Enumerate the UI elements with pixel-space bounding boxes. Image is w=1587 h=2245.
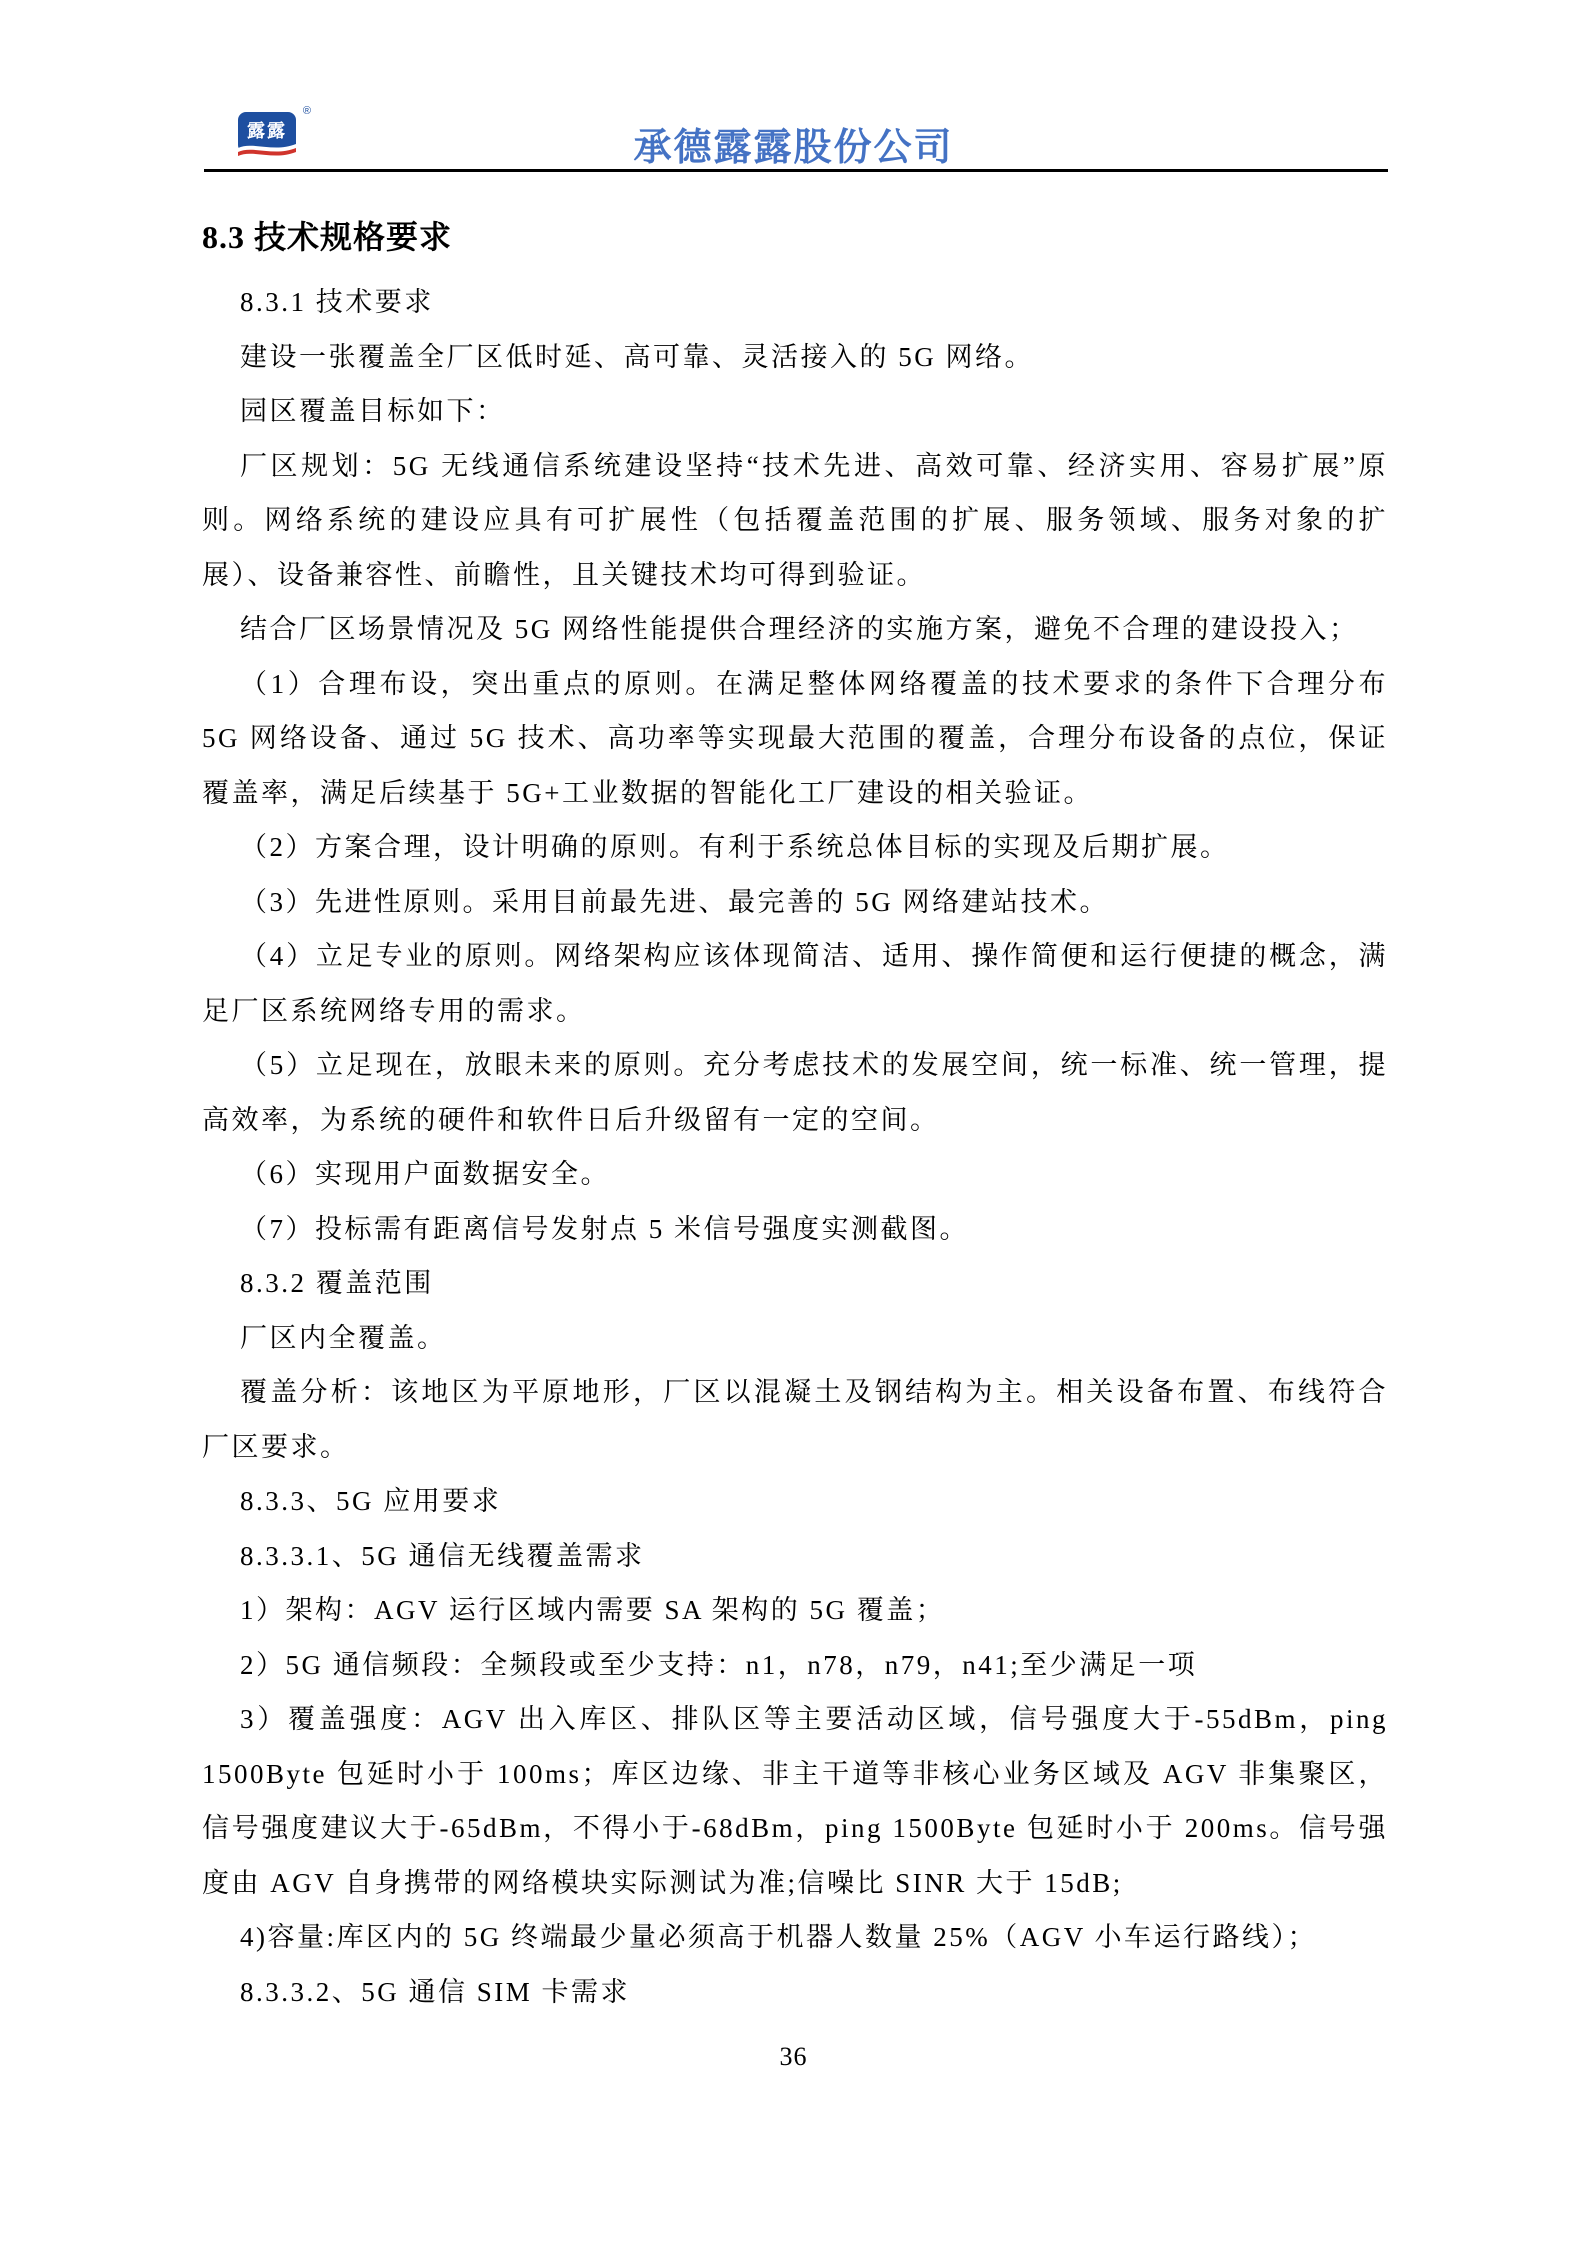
paragraph-list: 8.3.1 技术要求建设一张覆盖全厂区低时延、高可靠、灵活接入的 5G 网络。园… <box>202 275 1388 2019</box>
paragraph: （6）实现用户面数据安全。 <box>202 1147 1388 1202</box>
paragraph: 建设一张覆盖全厂区低时延、高可靠、灵活接入的 5G 网络。 <box>202 330 1388 385</box>
paragraph: 8.3.1 技术要求 <box>202 275 1388 330</box>
paragraph: 覆盖分析：该地区为平原地形，厂区以混凝土及钢结构为主。相关设备布置、布线符合厂区… <box>202 1365 1388 1474</box>
paragraph: 8.3.3.1、5G 通信无线覆盖需求 <box>202 1529 1388 1584</box>
paragraph: 8.3.3、5G 应用要求 <box>202 1474 1388 1529</box>
company-name: 承德露露股份公司 <box>0 116 1587 171</box>
paragraph: （5）立足现在，放眼未来的原则。充分考虑技术的发展空间，统一标准、统一管理，提高… <box>202 1038 1388 1147</box>
paragraph: （2）方案合理，设计明确的原则。有利于系统总体目标的实现及后期扩展。 <box>202 820 1388 875</box>
paragraph: 厂区内全覆盖。 <box>202 1311 1388 1366</box>
paragraph: 2）5G 通信频段：全频段或至少支持：n1，n78，n79，n41;至少满足一项 <box>202 1638 1388 1693</box>
paragraph: （3）先进性原则。采用目前最先进、最完善的 5G 网络建站技术。 <box>202 875 1388 930</box>
paragraph: 8.3.3.2、5G 通信 SIM 卡需求 <box>202 1965 1388 2020</box>
header-divider <box>204 169 1388 172</box>
paragraph: （7）投标需有距离信号发射点 5 米信号强度实测截图。 <box>202 1202 1388 1257</box>
paragraph: 8.3.2 覆盖范围 <box>202 1256 1388 1311</box>
section-heading: 8.3 技术规格要求 <box>202 212 1388 262</box>
page-number: 36 <box>0 2042 1587 2072</box>
paragraph: 厂区规划：5G 无线通信系统建设坚持“技术先进、高效可靠、经济实用、容易扩展”原… <box>202 439 1388 603</box>
paragraph: 3）覆盖强度：AGV 出入库区、排队区等主要活动区域，信号强度大于-55dBm，… <box>202 1692 1388 1910</box>
paragraph: 园区覆盖目标如下： <box>202 384 1388 439</box>
document-body: 8.3 技术规格要求 8.3.1 技术要求建设一张覆盖全厂区低时延、高可靠、灵活… <box>202 212 1388 2019</box>
paragraph: （1）合理布设，突出重点的原则。在满足整体网络覆盖的技术要求的条件下合理分布 5… <box>202 657 1388 821</box>
paragraph: 结合厂区场景情况及 5G 网络性能提供合理经济的实施方案，避免不合理的建设投入； <box>202 602 1388 657</box>
paragraph: 1）架构：AGV 运行区域内需要 SA 架构的 5G 覆盖； <box>202 1583 1388 1638</box>
paragraph: 4)容量:库区内的 5G 终端最少量必须高于机器人数量 25%（AGV 小车运行… <box>202 1910 1388 1965</box>
paragraph: （4）立足专业的原则。网络架构应该体现简洁、适用、操作简便和运行便捷的概念，满足… <box>202 929 1388 1038</box>
document-page: 露露 ® 承德露露股份公司 8.3 技术规格要求 8.3.1 技术要求建设一张覆… <box>0 0 1587 2245</box>
